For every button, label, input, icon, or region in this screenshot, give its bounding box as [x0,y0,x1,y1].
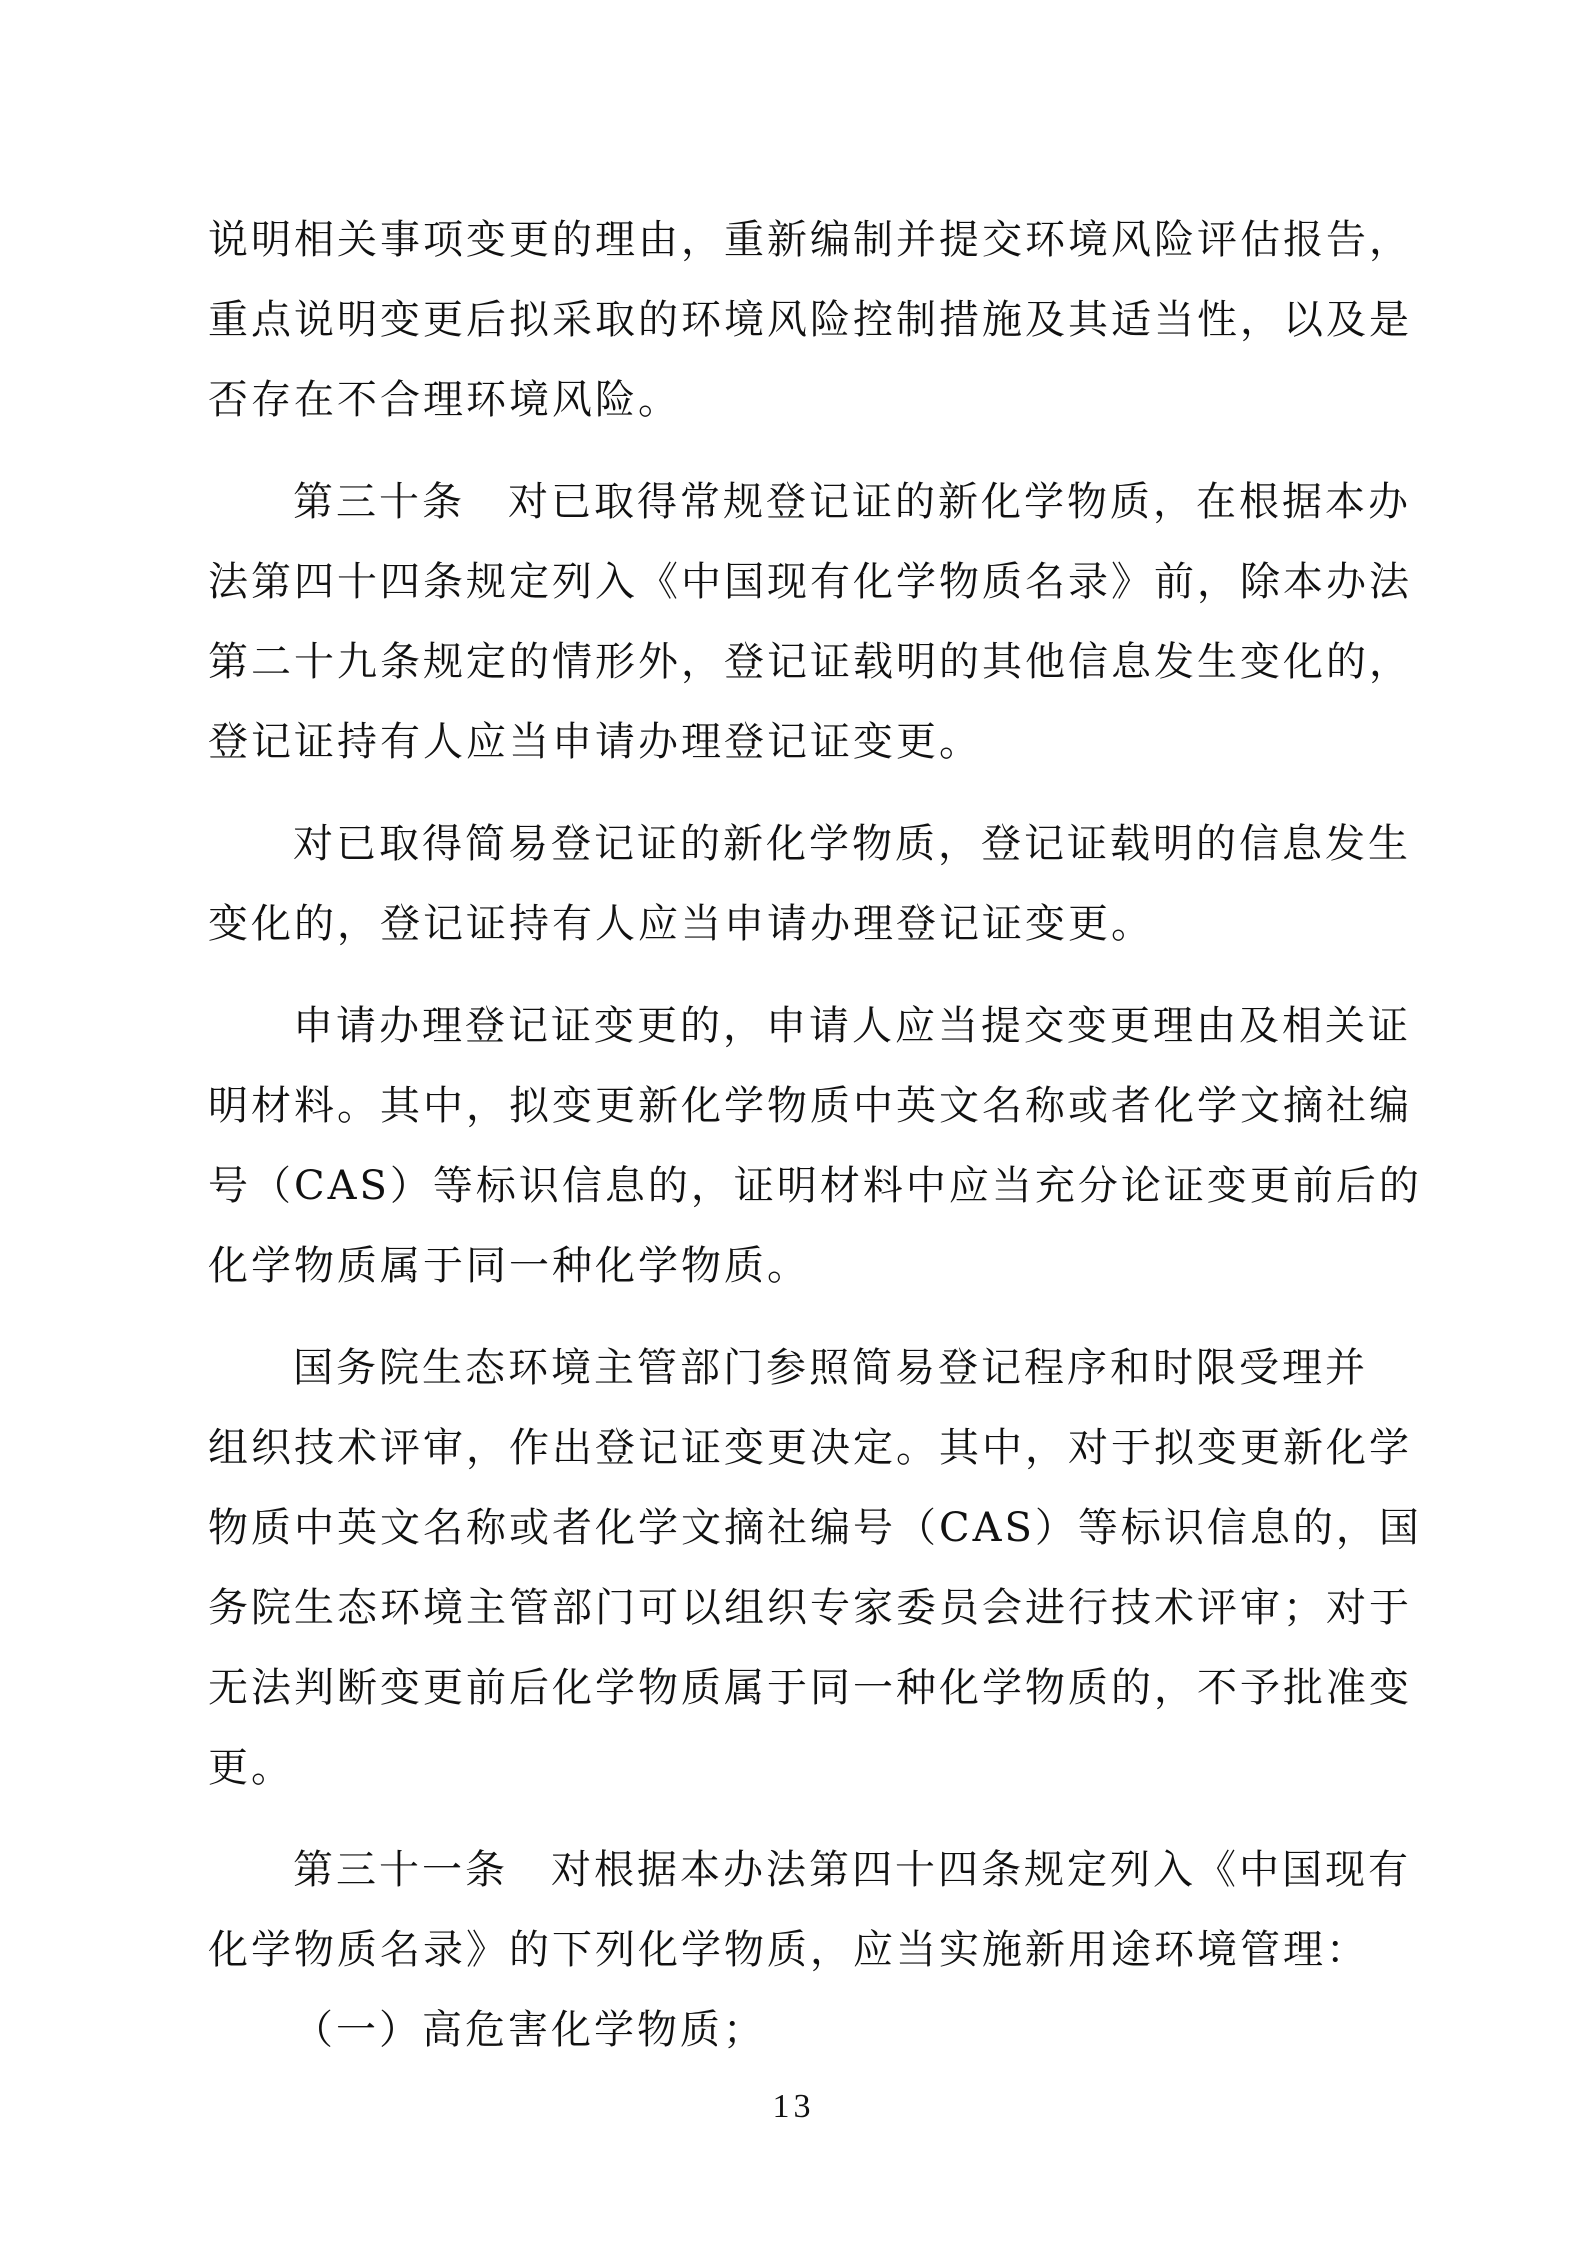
text-line: 变化的，登记证持有人应当申请办理登记证变更。 [208,884,1388,964]
document-body: 说明相关事项变更的理由，重新编制并提交环境风险评估报告， 重点说明变更后拟采取的… [208,200,1388,2070]
paragraph-start-line: 国务院生态环境主管部门参照简易登记程序和时限受理并 [208,1328,1388,1408]
paragraph-start-line: 申请办理登记证变更的，申请人应当提交变更理由及相关证 [208,986,1388,1066]
text-line: 重点说明变更后拟采取的环境风险控制措施及其适当性，以及是 [208,280,1388,360]
article-30-heading-line: 第三十条 对已取得常规登记证的新化学物质，在根据本办 [208,462,1388,542]
article-31-heading-line: 第三十一条 对根据本办法第四十四条规定列入《中国现有 [208,1830,1388,1910]
text-line: 化学物质名录》的下列化学物质，应当实施新用途环境管理： [208,1910,1388,1990]
document-page: 说明相关事项变更的理由，重新编制并提交环境风险评估报告， 重点说明变更后拟采取的… [0,0,1587,2245]
text-line: 号（CAS）等标识信息的，证明材料中应当充分论证变更前后的 [208,1146,1388,1226]
text-line: 法第四十四条规定列入《中国现有化学物质名录》前，除本办法 [208,542,1388,622]
text-line: 物质中英文名称或者化学文摘社编号（CAS）等标识信息的，国 [208,1488,1388,1568]
text-line: 组织技术评审，作出登记证变更决定。其中，对于拟变更新化学 [208,1408,1388,1488]
text-line: 化学物质属于同一种化学物质。 [208,1226,1388,1306]
text-line: 说明相关事项变更的理由，重新编制并提交环境风险评估报告， [208,200,1388,280]
text-line: 务院生态环境主管部门可以组织专家委员会进行技术评审；对于 [208,1568,1388,1648]
text-line: 第二十九条规定的情形外，登记证载明的其他信息发生变化的， [208,622,1388,702]
text-line: 登记证持有人应当申请办理登记证变更。 [208,702,1388,782]
text-line: 更。 [208,1728,1388,1808]
page-number: 13 [0,2088,1587,2126]
text-line: 无法判断变更前后化学物质属于同一种化学物质的，不予批准变 [208,1648,1388,1728]
text-line: 否存在不合理环境风险。 [208,360,1388,440]
paragraph-start-line: 对已取得简易登记证的新化学物质，登记证载明的信息发生 [208,804,1388,884]
list-item-line: （一）高危害化学物质； [208,1990,1388,2070]
text-line: 明材料。其中，拟变更新化学物质中英文名称或者化学文摘社编 [208,1066,1388,1146]
